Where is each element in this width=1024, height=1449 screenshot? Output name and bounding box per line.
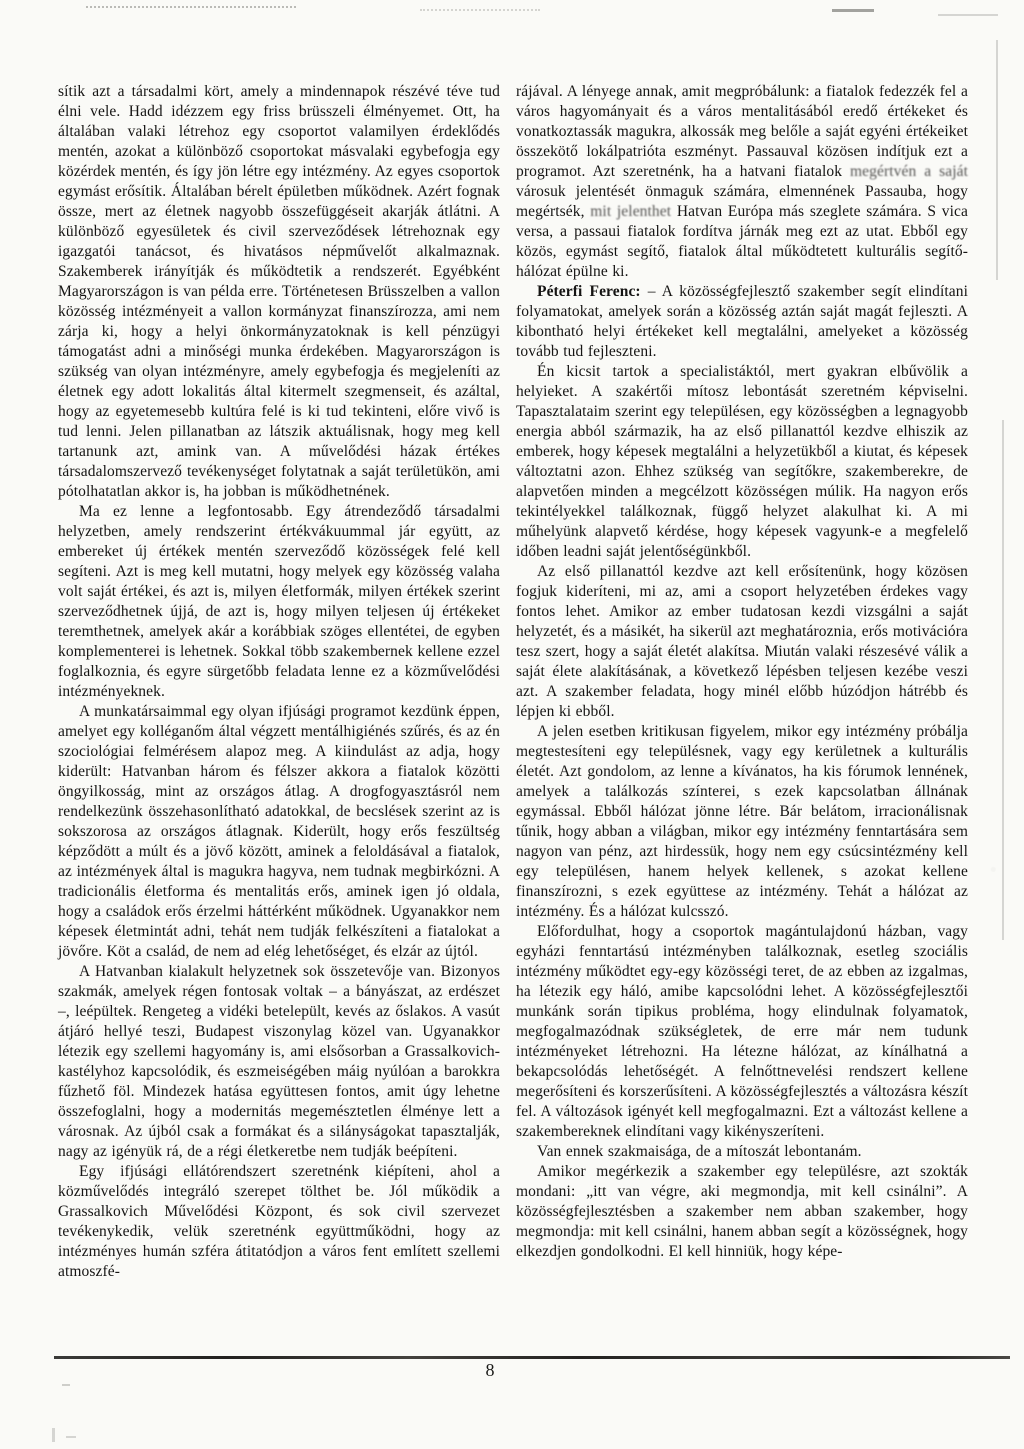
- text-run: megértvén a saját: [850, 163, 968, 180]
- paragraph: Van ennek szakmaisága, de a mítoszát leb…: [516, 1142, 968, 1162]
- paragraph: Ma ez lenne a legfontosabb. Egy átrendez…: [58, 502, 500, 702]
- paragraph: rájával. A lényege annak, amit megpróbál…: [516, 82, 968, 282]
- paragraph: sítik azt a társadalmi kört, amely a min…: [58, 82, 500, 502]
- text-run: A Hatvanban kialakult helyzetnek sok öss…: [58, 963, 500, 1160]
- footer-rule: [54, 1356, 1010, 1359]
- scan-artifact: [86, 6, 296, 8]
- scanned-document-page: sítik azt a társadalmi kört, amely a min…: [0, 0, 1024, 1449]
- paragraph: Péterfi Ferenc: – A közösségfejlesztő sz…: [516, 282, 968, 362]
- scan-artifact: [1002, 420, 1004, 940]
- paragraph: Előfordulhat, hogy a csoportok magántula…: [516, 922, 968, 1142]
- paragraph: A munkatársaimmal egy olyan ifjúsági pro…: [58, 702, 500, 962]
- text-run: Ma ez lenne a legfontosabb. Egy átrendez…: [58, 503, 500, 700]
- paragraph: A Hatvanban kialakult helyzetnek sok öss…: [58, 962, 500, 1162]
- page-number: 8: [478, 1360, 502, 1381]
- text-run: Egy ifjúsági ellátórendszert szeretnénk …: [58, 1163, 500, 1280]
- text-run: Én kicsit tartok a specialistáktól, mert…: [516, 363, 968, 560]
- paragraph: Amikor megérkezik a szakember egy telepü…: [516, 1162, 968, 1262]
- paragraph: A jelen esetben kritikusan figyelem, mik…: [516, 722, 968, 922]
- scan-artifact: [52, 1428, 55, 1442]
- text-column-right: rájával. A lényege annak, amit megpróbál…: [516, 82, 968, 1282]
- text-run: Az első pillanattól kezdve azt kell erős…: [516, 563, 968, 720]
- text-run: A jelen esetben kritikusan figyelem, mik…: [516, 723, 968, 920]
- scan-artifact: [938, 14, 998, 16]
- text-run: mit jelenthet: [590, 203, 671, 220]
- scan-artifact: [996, 40, 998, 280]
- scan-artifact: [66, 1436, 76, 1438]
- text-run: A munkatársaimmal egy olyan ifjúsági pro…: [58, 703, 500, 960]
- scan-artifact: [62, 1384, 70, 1386]
- text-run: Amikor megérkezik a szakember egy telepü…: [516, 1163, 968, 1260]
- scan-artifact: [832, 9, 874, 12]
- text-run: Előfordulhat, hogy a csoportok magántula…: [516, 923, 968, 1140]
- two-column-text-block: sítik azt a társadalmi kört, amely a min…: [58, 82, 968, 1282]
- scan-artifact: [420, 9, 540, 11]
- paragraph: Az első pillanattól kezdve azt kell erős…: [516, 562, 968, 722]
- text-column-left: sítik azt a társadalmi kört, amely a min…: [58, 82, 500, 1282]
- paragraph: Én kicsit tartok a specialistáktól, mert…: [516, 362, 968, 562]
- speaker-name: Péterfi Ferenc:: [537, 283, 641, 300]
- text-run: Van ennek szakmaisága, de a mítoszát leb…: [537, 1143, 862, 1160]
- paragraph: Egy ifjúsági ellátórendszert szeretnénk …: [58, 1162, 500, 1282]
- text-run: sítik azt a társadalmi kört, amely a min…: [58, 83, 500, 500]
